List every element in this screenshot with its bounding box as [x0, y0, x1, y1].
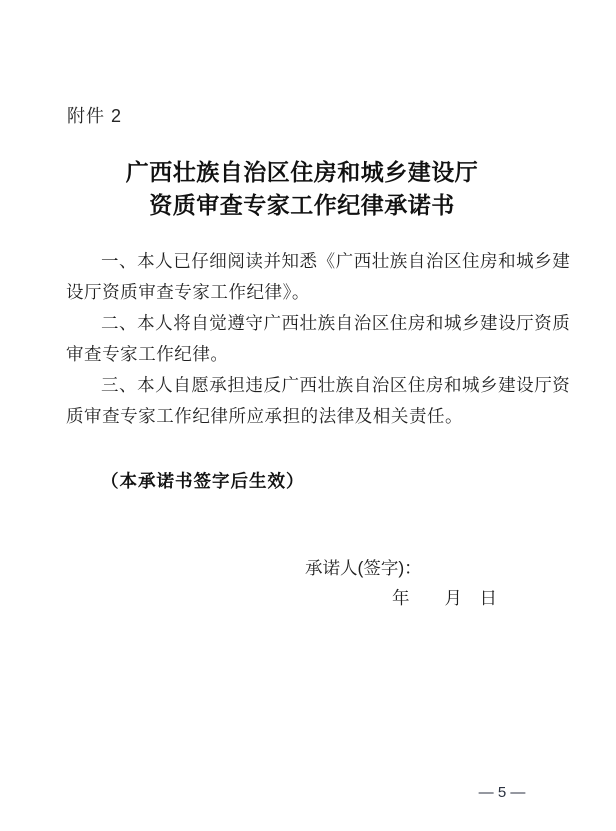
- paragraph-1-line-1: 一、本人已仔细阅读并知悉《广西壮族自治区住房和城乡建: [66, 246, 552, 277]
- attachment-label: 附件 2: [67, 104, 122, 128]
- document-title: 广西壮族自治区住房和城乡建设厅 资质审查专家工作纪律承诺书: [52, 156, 552, 222]
- effective-note: （本承诺书签字后生效）: [66, 466, 552, 497]
- paragraph-2-line-1: 二、本人将自觉遵守广西壮族自治区住房和城乡建设厅资质: [66, 308, 552, 339]
- paragraph-3-line-2: 质审查专家工作纪律所应承担的法律及相关责任。: [66, 401, 552, 432]
- date-label: 年 月 日: [392, 587, 497, 609]
- paragraph-3: 三、本人自愿承担违反广西壮族自治区住房和城乡建设厅资 质审查专家工作纪律所应承担…: [66, 370, 552, 432]
- document-body: 一、本人已仔细阅读并知悉《广西壮族自治区住房和城乡建 设厅资质审查专家工作纪律》…: [66, 246, 552, 432]
- paragraph-2-line-2: 审查专家工作纪律。: [66, 339, 552, 370]
- document-title-line1: 广西壮族自治区住房和城乡建设厅: [52, 156, 552, 189]
- document-title-line2: 资质审查专家工作纪律承诺书: [52, 189, 552, 222]
- paragraph-3-line-1: 三、本人自愿承担违反广西壮族自治区住房和城乡建设厅资: [66, 370, 552, 401]
- signer-label: 承诺人(签字)：: [305, 557, 422, 579]
- paragraph-2: 二、本人将自觉遵守广西壮族自治区住房和城乡建设厅资质 审查专家工作纪律。: [66, 308, 552, 370]
- paragraph-1: 一、本人已仔细阅读并知悉《广西壮族自治区住房和城乡建 设厅资质审查专家工作纪律》…: [66, 246, 552, 308]
- paragraph-1-line-2: 设厅资质审查专家工作纪律》。: [66, 277, 552, 308]
- document-page: 附件 2 广西壮族自治区住房和城乡建设厅 资质审查专家工作纪律承诺书 一、本人已…: [0, 0, 616, 831]
- page-number: — 5 —: [452, 783, 552, 803]
